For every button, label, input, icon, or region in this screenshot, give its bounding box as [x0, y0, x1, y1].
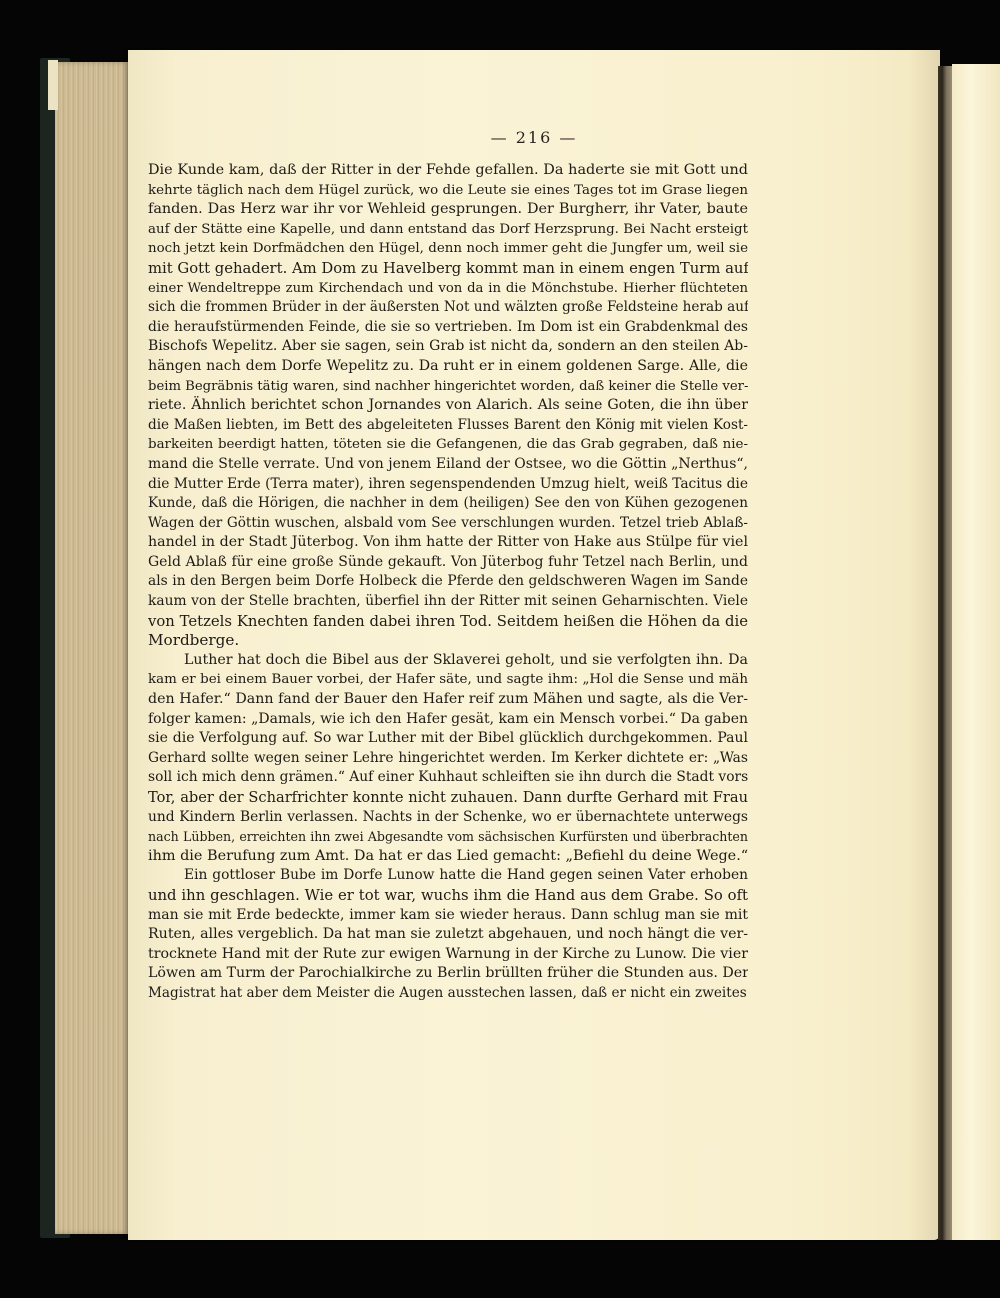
text-line: und ihn geschlagen. Wie er tot war, wuch…	[148, 886, 748, 906]
text-line: Wagen der Göttin wuschen, alsbald vom Se…	[148, 514, 748, 534]
text-line: sie die Verfolgung auf. So war Luther mi…	[148, 729, 748, 749]
book-gutter	[938, 66, 952, 1240]
text-line: handel in der Stadt Jüterbog. Von ihm ha…	[148, 533, 748, 553]
text-line: Ein gottloser Bube im Dorfe Lunow hatte …	[148, 866, 748, 886]
text-line: ihm die Berufung zum Amt. Da hat er das …	[148, 847, 748, 867]
text-line: Löwen am Turm der Parochialkirche zu Ber…	[148, 964, 748, 984]
text-line: den Hafer.“ Dann fand der Bauer den Hafe…	[148, 690, 748, 710]
text-line: die Mutter Erde (Terra mater), ihren seg…	[148, 475, 748, 495]
text-line: trocknete Hand mit der Rute zur ewigen W…	[148, 945, 748, 965]
text-line: Bischofs Wepelitz. Aber sie sagen, sein …	[148, 337, 748, 357]
text-line: als in den Bergen beim Dorfe Holbeck die…	[148, 572, 748, 592]
text-line: sich die frommen Brüder in der äußersten…	[148, 298, 748, 318]
text-line: Gerhard sollte wegen seiner Lehre hinger…	[148, 749, 748, 769]
text-line: fanden. Das Herz war ihr vor Wehleid ges…	[148, 200, 748, 220]
text-line: kam er bei einem Bauer vorbei, der Hafer…	[148, 670, 748, 690]
text-line: mand die Stelle verrate. Und von jenem E…	[148, 455, 748, 475]
page-body-text: Die Kunde kam, daß der Ritter in der Feh…	[148, 161, 748, 1004]
text-line: nach Lübben, erreichten ihn zwei Abgesan…	[148, 827, 748, 847]
text-line: riete. Ähnlich berichtet schon Jornandes…	[148, 396, 748, 416]
text-line: kaum von der Stelle brachten, überfiel i…	[148, 592, 748, 612]
text-line: von Tetzels Knechten fanden dabei ihren …	[148, 612, 748, 632]
page-number: — 216 —	[128, 128, 940, 147]
text-line: Luther hat doch die Bibel aus der Sklave…	[148, 651, 748, 671]
text-line: Mordberge.	[148, 631, 748, 651]
text-line: Kunde, daß die Hörigen, die nachher in d…	[148, 494, 748, 514]
text-line: und Kindern Berlin verlassen. Nachts in …	[148, 808, 748, 828]
text-line: mit Gott gehadert. Am Dom zu Havelberg k…	[148, 259, 748, 279]
text-line: die Maßen liebten, im Bett des abgeleite…	[148, 416, 748, 436]
paragraph: Die Kunde kam, daß der Ritter in der Feh…	[148, 161, 748, 651]
text-line: beim Begräbnis tätig waren, sind nachher…	[148, 377, 748, 397]
text-line: einer Wendeltreppe zum Kirchendach und v…	[148, 279, 748, 299]
text-line: Ruten, alles vergeblich. Da hat man sie …	[148, 925, 748, 945]
text-line: Magistrat hat aber dem Meister die Augen…	[148, 984, 748, 1004]
facing-page	[952, 64, 1000, 1240]
text-line: Die Kunde kam, daß der Ritter in der Feh…	[148, 161, 748, 181]
text-line: die heraufstürmenden Feinde, die sie so …	[148, 318, 748, 338]
text-line: barkeiten beerdigt hatten, töteten sie d…	[148, 435, 748, 455]
page-stack-top	[48, 60, 58, 110]
text-line: noch jetzt kein Dorfmädchen den Hügel, d…	[148, 239, 748, 259]
text-line: hängen nach dem Dorfe Wepelitz zu. Da ru…	[148, 357, 748, 377]
page-stack-edge	[55, 62, 130, 1234]
text-line: Geld Ablaß für eine große Sünde gekauft.…	[148, 553, 748, 573]
text-line: soll ich mich denn grämen.“ Auf einer Ku…	[148, 768, 748, 788]
text-line: kehrte täglich nach dem Hügel zurück, wo…	[148, 181, 748, 201]
text-line: auf der Stätte eine Kapelle, und dann en…	[148, 220, 748, 240]
paragraph: Luther hat doch die Bibel aus der Sklave…	[148, 651, 748, 867]
text-line: folger kamen: „Damals, wie ich den Hafer…	[148, 710, 748, 730]
text-line: man sie mit Erde bedeckte, immer kam sie…	[148, 906, 748, 926]
text-line: Tor, aber der Scharfrichter konnte nicht…	[148, 788, 748, 808]
paragraph: Ein gottloser Bube im Dorfe Lunow hatte …	[148, 866, 748, 1003]
